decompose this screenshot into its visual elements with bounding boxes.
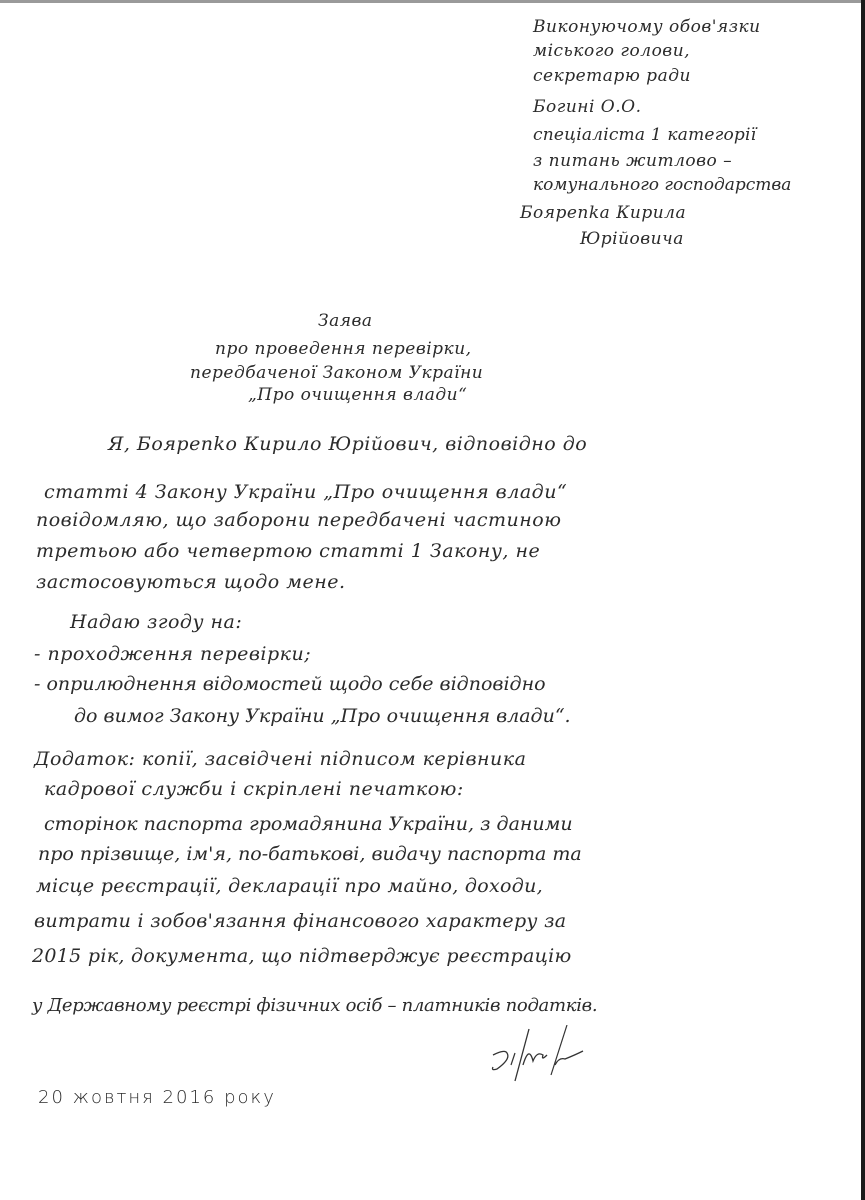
body-line: застосовуються щодо мене.	[36, 571, 346, 593]
addressee-line: Боярenka Кирила	[520, 203, 686, 223]
body-line: Я, Боярenko Кирило Юрійович, відповідно …	[108, 433, 587, 455]
addressee-line: комунального господарства	[533, 175, 791, 195]
addressee-line: Богині О.О.	[533, 97, 642, 117]
consent-item: - проходження перевірки;	[34, 643, 311, 665]
addressee-line: Юрійовича	[580, 229, 684, 249]
body-line: третьою або четвертою статті 1 Закону, н…	[36, 540, 540, 562]
consent-item: до вимог Закону України „Про очищення вл…	[74, 705, 571, 727]
appendix-line: місце реєстрації, декларації про майно, …	[36, 875, 543, 897]
body-line: статті 4 Закону України „Про очищення вл…	[44, 481, 567, 503]
scan-edge	[861, 0, 865, 1200]
body-line: Надаю згоду на:	[70, 611, 242, 633]
appendix-line: у Державному реєстрі фізичних осіб – пла…	[32, 995, 597, 1016]
appendix-line: сторінок паспорта громадянина України, з…	[44, 813, 573, 835]
title-line: про проведення перевірки,	[215, 339, 472, 359]
document-title: Заява	[318, 311, 373, 331]
title-line: „Про очищення влади“	[248, 385, 467, 405]
addressee-line: Виконуючому обов'язки	[533, 17, 761, 37]
appendix-line: кадрової служби і скріплені печаткою:	[44, 778, 464, 800]
consent-item: - оприлюднення відомостей щодо себе відп…	[34, 673, 546, 695]
signature-mark	[485, 1025, 595, 1085]
addressee-line: з питань житлово –	[533, 151, 732, 171]
addressee-line: спеціаліста 1 категорії	[533, 125, 756, 145]
body-line: повідомляю, що заборони передбачені част…	[36, 509, 561, 531]
scanned-page: Виконуючому обов'язки міського голови, с…	[0, 0, 861, 1200]
title-line: передбаченої Законом України	[190, 363, 483, 383]
appendix-line: про прізвище, ім'я, по-батькові, видачу …	[38, 843, 582, 865]
appendix-line: Додаток: копії, засвідчені підписом кері…	[34, 748, 526, 770]
appendix-line: 2015 рік, документа, що підтверджує реєс…	[32, 945, 572, 967]
addressee-line: міського голови,	[533, 41, 690, 61]
addressee-line: секретарю ради	[533, 66, 691, 86]
document-date: 20 жовтня 2016 року	[38, 1087, 276, 1108]
appendix-line: витрати і зобов'язання фінансового харак…	[34, 910, 566, 932]
